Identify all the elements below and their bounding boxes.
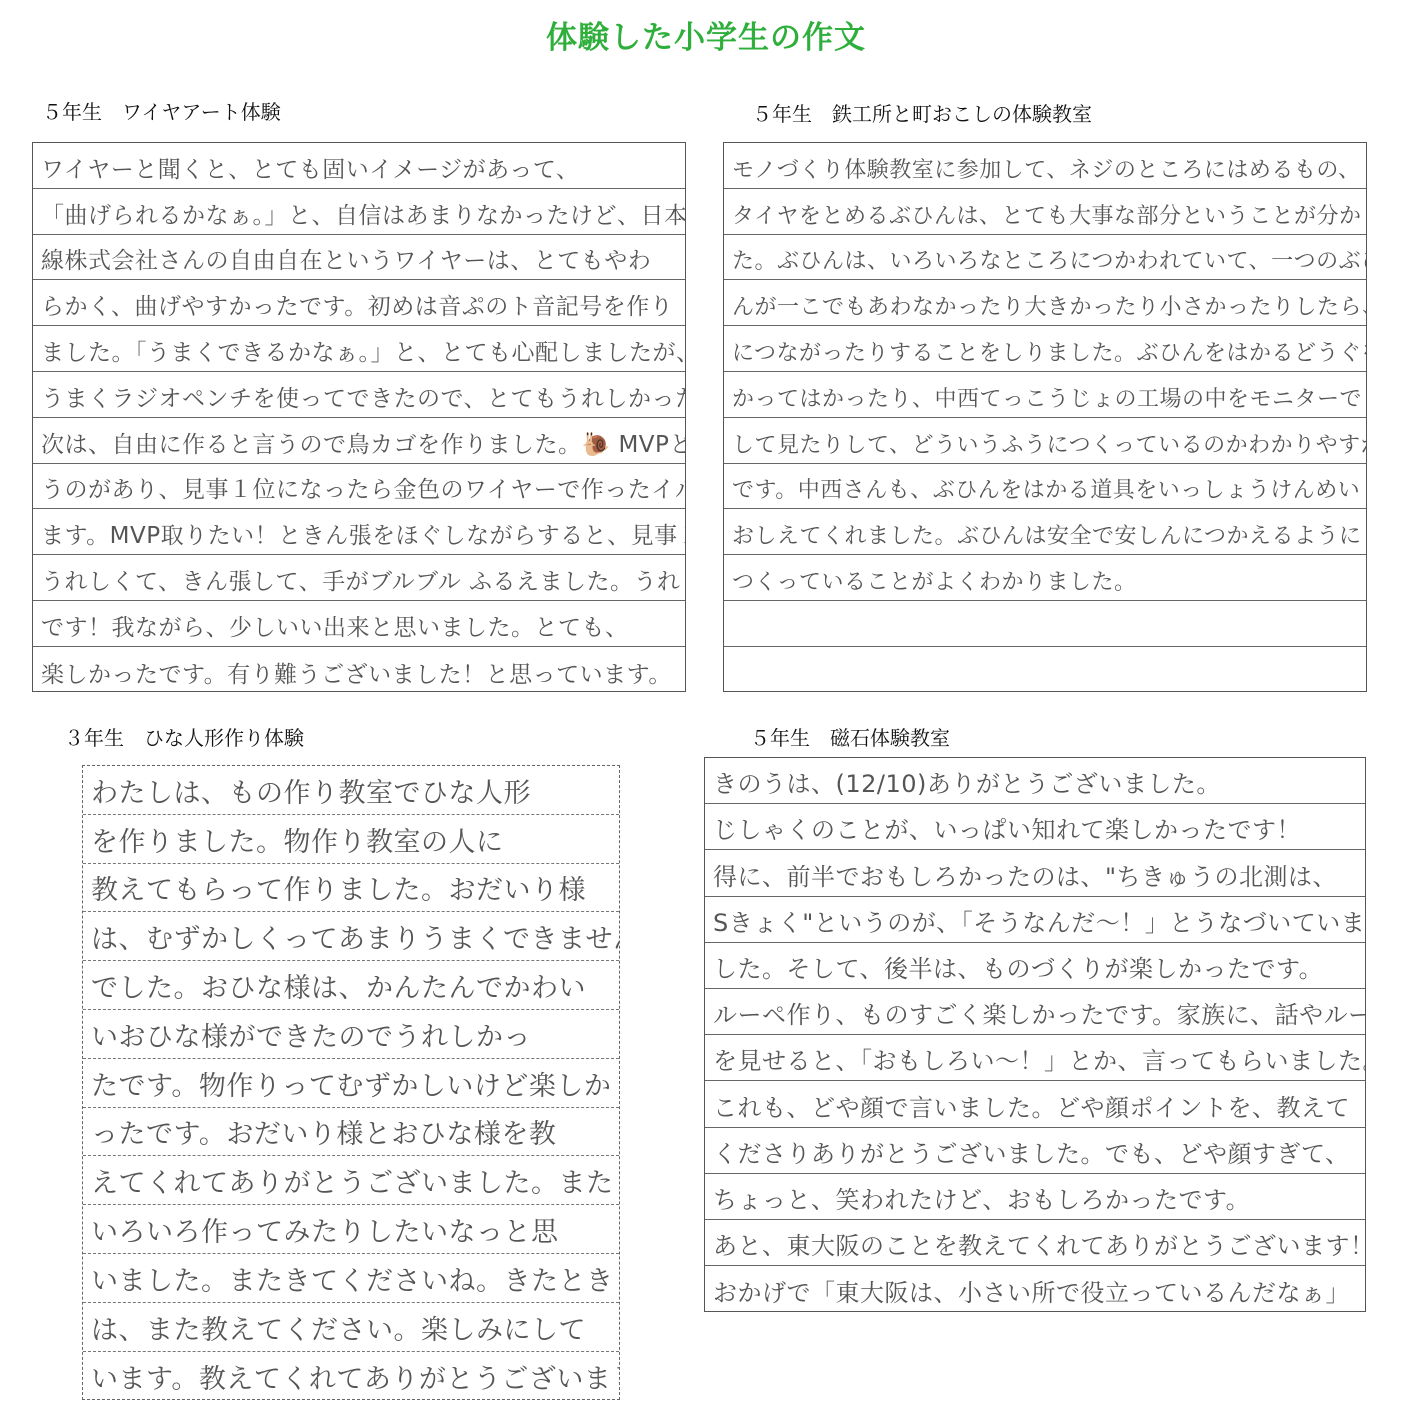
essay-line: らかく、曲げやすかったです。初めは音ぷのト音記号を作り [33, 280, 685, 326]
essay-heading-magnet: ５年生 磁石体験教室 [750, 722, 950, 751]
essay-line: おしえてくれました。ぶひんは安全で安しんにつかえるように [724, 509, 1366, 555]
essay-line: かってはかったり、中西てっこうじょの工場の中をモニターでうつ [724, 372, 1366, 418]
essay-line: して見たりして、どういうふうにつくっているのかわかりやすかった [724, 418, 1366, 464]
essay-line: うまくラジオペンチを使ってできたので、とてもうれしかったです。 [33, 372, 685, 418]
essay-line: を作りました。物作り教室の人に [83, 815, 619, 864]
essay-line: いろいろ作ってみたりしたいなっと思 [83, 1205, 619, 1254]
essay-line: ワイヤーと聞くと、とても固いイメージがあって、 [33, 143, 685, 189]
page-title: 体験した小学生の作文 [0, 12, 1412, 57]
essay-line: た。ぶひんは、いろいろなところにつかわれていて、一つのぶひ [724, 235, 1366, 281]
essay-line: Sきょく"というのが、「そうなんだ～！」とうなづいていま [705, 897, 1365, 943]
essay-line: ったです。おだいり様とおひな様を教 [83, 1108, 619, 1157]
essay-line: した。そして、後半は、ものづくりが楽しかったです。 [705, 943, 1365, 989]
essay-line: 楽しかったです。有り難うございました！と思っています。 [33, 647, 685, 693]
essay-line: うれしくて、きん張して、手がブルブル ふるえました。うれしかった [33, 555, 685, 601]
essay-line: いました。またきてくださいね。きたとき [83, 1254, 619, 1303]
essay-ironworks: モノづくり体験教室に参加して、ネジのところにはめるもの、 タイヤをとめるぶひんは… [723, 142, 1367, 692]
essay-line-blank [724, 647, 1366, 693]
essay-line: ました。「うまくできるかなぁ。」と、とても心配しましたが、 [33, 326, 685, 372]
essay-line: 「曲げられるかなぁ。」と、自信はあまりなかったけど、日本化 [33, 189, 685, 235]
essay-magnet: きのうは、(12/10)ありがとうございました。 じしゃくのことが、いっぱい知れ… [704, 757, 1366, 1312]
essay-line: じしゃくのことが、いっぱい知れて楽しかったです！ [705, 804, 1365, 850]
essay-line: うのがあり、見事１位になったら金色のワイヤーで作ったイルカがもらえ [33, 464, 685, 510]
essay-line: くださりありがとうございました。でも、どや顔すぎて、 [705, 1128, 1365, 1174]
essay-line-blank [724, 601, 1366, 647]
essay-line: ルーペ作り、ものすごく楽しかったです。家族に、話やルーペ [705, 989, 1365, 1035]
essay-line: わたしは、もの作り教室でひな人形 [83, 766, 619, 815]
essay-line: 次は、自由に作ると言うので鳥カゴを作りました。🐌 MVPとい [33, 418, 685, 464]
essay-line: です。中西さんも、ぶひんをはかる道具をいっしょうけんめい [724, 464, 1366, 510]
essay-hina-doll: わたしは、もの作り教室でひな人形 を作りました。物作り教室の人に 教えてもらって… [82, 765, 620, 1400]
essay-line: ちょっと、笑われたけど、おもしろかったです。 [705, 1174, 1365, 1220]
essay-line: えてくれてありがとうございました。また [83, 1156, 619, 1205]
essay-heading-wire-art: ５年生 ワイヤアート体験 [42, 96, 281, 125]
essay-wire-art: ワイヤーと聞くと、とても固いイメージがあって、 「曲げられるかなぁ。」と、自信は… [32, 142, 686, 692]
essay-line: おかげで「東大阪は、小さい所で役立っているんだなぁ」 [705, 1266, 1365, 1312]
essay-line: たです。物作りってむずかしいけど楽しか [83, 1059, 619, 1108]
essay-line: います。教えてくれてありがとうございました。 [83, 1352, 619, 1401]
essay-line: いおひな様ができたのでうれしかっ [83, 1010, 619, 1059]
essay-line: つくっていることがよくわかりました。 [724, 555, 1366, 601]
essay-line: これも、どや顔で言いました。どや顔ポイントを、教えて [705, 1081, 1365, 1127]
essay-line: につながったりすることをしりました。ぶひんをはかるどうぐをつ [724, 326, 1366, 372]
essay-line: あと、東大阪のことを教えてくれてありがとうございます！ [705, 1220, 1365, 1266]
essay-line: 教えてもらって作りました。おだいり様 [83, 864, 619, 913]
essay-line: 得に、前半でおもしろかったのは、"ちきゅうの北測は、 [705, 850, 1365, 896]
essay-line: を見せると、「おもしろい～！」とか、言ってもらいました。 [705, 1035, 1365, 1081]
essay-line: です！我ながら、少しいい出来と思いました。とても、 [33, 601, 685, 647]
essay-line: きのうは、(12/10)ありがとうございました。 [705, 758, 1365, 804]
essay-line: モノづくり体験教室に参加して、ネジのところにはめるもの、 [724, 143, 1366, 189]
essay-line: は、むずかしくってあまりうまくできません [83, 912, 619, 961]
essay-heading-ironworks: ５年生 鉄工所と町おこしの体験教室 [752, 98, 1092, 127]
essay-line: は、また教えてください。楽しみにして [83, 1303, 619, 1352]
essay-line: ます。MVP取りたい！ときん張をほぐしながらすると、見事１位でした！ [33, 509, 685, 555]
essay-line: でした。おひな様は、かんたんでかわい [83, 961, 619, 1010]
essay-heading-hina-doll: ３年生 ひな人形作り体験 [64, 722, 304, 751]
essay-line: 線株式会社さんの自由自在というワイヤーは、とてもやわ [33, 235, 685, 281]
essay-line: タイヤをとめるぶひんは、とても大事な部分ということが分かりまし [724, 189, 1366, 235]
essay-line: んが一こでもあわなかったり大きかったり小さかったりしたら、じこ [724, 280, 1366, 326]
